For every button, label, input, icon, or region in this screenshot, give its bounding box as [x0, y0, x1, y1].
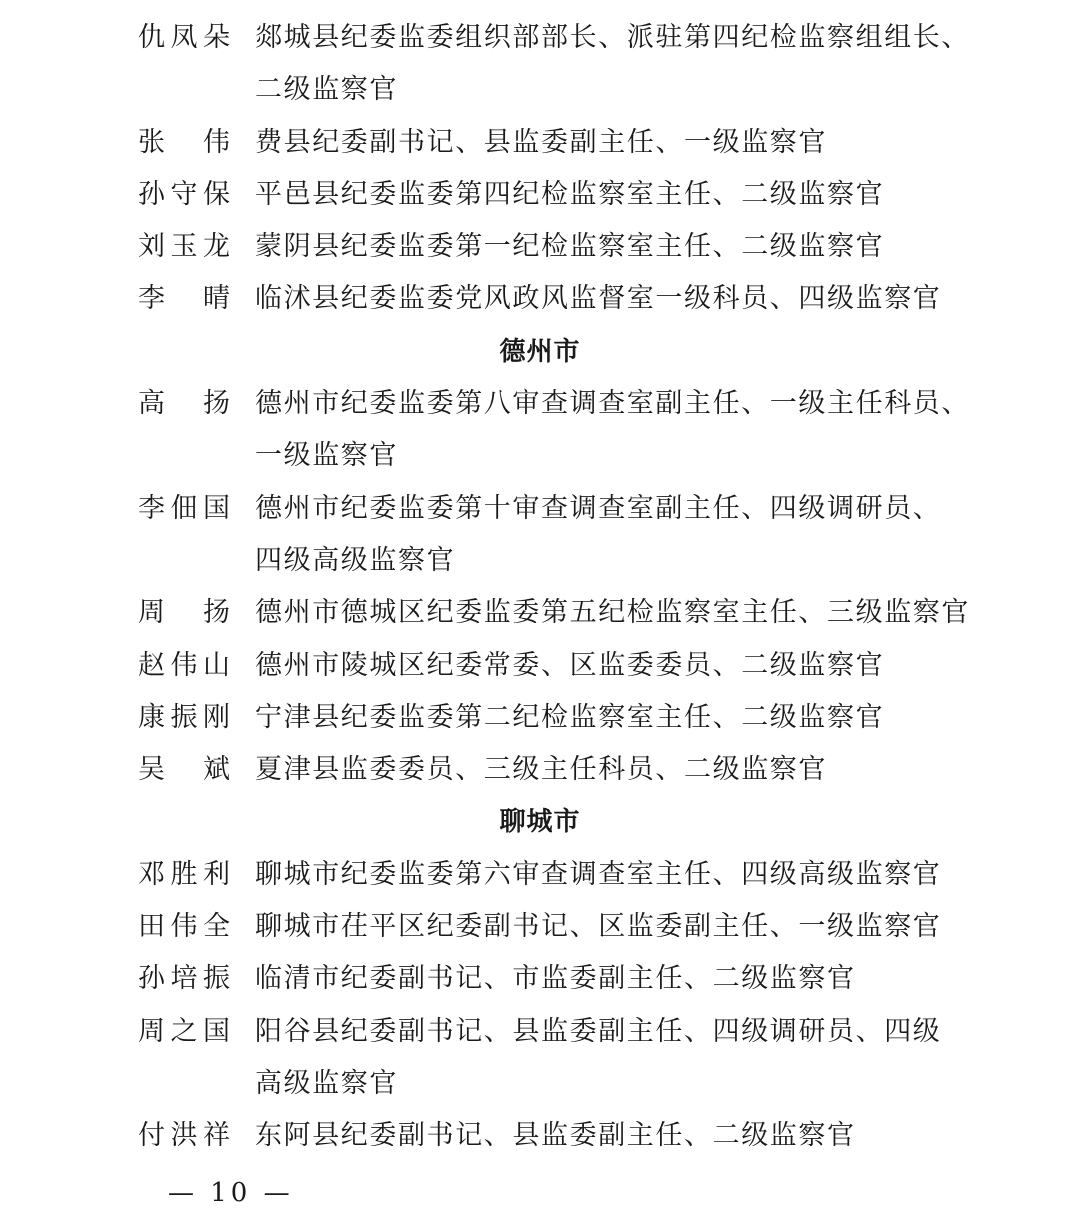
name-char: 李 [138, 273, 165, 325]
name-char: 伟 [171, 901, 198, 953]
position-text: 德州市纪委监委第十审查调查室副主任、四级调研员、 [255, 483, 941, 535]
position-text: 费县纪委副书记、县监委副主任、一级监察官 [255, 117, 827, 169]
name-char: 利 [203, 849, 230, 901]
name-char: 周 [138, 587, 165, 639]
person-name: 李晴 [138, 273, 230, 325]
name-char: 山 [203, 640, 230, 692]
name-char: 国 [203, 1006, 230, 1058]
name-char: 仇 [138, 12, 165, 64]
person-name: 田伟全 [138, 901, 230, 953]
entry-row: 孙培振 临清市纪委副书记、市监委副主任、二级监察官 [0, 953, 1080, 1005]
position-text: 四级高级监察官 [255, 535, 455, 587]
entry-row: 田伟全 聊城市茌平区纪委副书记、区监委副主任、一级监察官 [0, 901, 1080, 953]
person-name: 周之国 [138, 1006, 230, 1058]
position-text: 德州市德城区纪委监委第五纪检监察室主任、三级监察官 [255, 587, 970, 639]
name-char: 朵 [203, 12, 230, 64]
name-char: 张 [138, 117, 165, 169]
name-char: 伟 [203, 117, 230, 169]
section-title: 德州市 [499, 337, 580, 367]
person-name: 张伟 [138, 117, 230, 169]
position-text: 平邑县纪委监委第四纪检监察室主任、二级监察官 [255, 169, 884, 221]
name-char: 守 [171, 169, 198, 221]
name-char: 刘 [138, 221, 165, 273]
entry-row: 吴斌 夏津县监委委员、三级主任科员、二级监察官 [0, 744, 1080, 796]
position-text: 一级监察官 [255, 430, 398, 482]
name-char: 刚 [203, 692, 230, 744]
section-title: 聊城市 [499, 807, 580, 837]
person-name: 赵伟山 [138, 640, 230, 692]
name-char: 振 [171, 692, 198, 744]
entry-row: 康振刚 宁津县纪委监委第二纪检监察室主任、二级监察官 [0, 692, 1080, 744]
position-text: 宁津县纪委监委第二纪检监察室主任、二级监察官 [255, 692, 884, 744]
position-text: 临清市纪委副书记、市监委副主任、二级监察官 [255, 953, 856, 1005]
name-char: 邓 [138, 849, 165, 901]
section-heading: 聊城市 [0, 796, 1080, 848]
name-char: 吴 [138, 744, 165, 796]
name-char: 国 [203, 483, 230, 535]
entry-row: 邓胜利 聊城市纪委监委第六审查调查室主任、四级高级监察官 [0, 849, 1080, 901]
name-char: 龙 [203, 221, 230, 273]
name-char: 付 [138, 1110, 165, 1162]
person-name: 孙守保 [138, 169, 230, 221]
entry-row: 高扬 德州市纪委监委第八审查调查室副主任、一级主任科员、 [0, 378, 1080, 430]
person-name: 刘玉龙 [138, 221, 230, 273]
name-char: 扬 [203, 378, 230, 430]
position-text: 聊城市茌平区纪委副书记、区监委副主任、一级监察官 [255, 901, 941, 953]
entry-row-continuation: 一级监察官 [0, 430, 1080, 482]
entry-row: 赵伟山 德州市陵城区纪委常委、区监委委员、二级监察官 [0, 640, 1080, 692]
name-char: 孙 [138, 953, 165, 1005]
name-char: 赵 [138, 640, 165, 692]
position-text: 高级监察官 [255, 1058, 398, 1110]
name-char: 之 [171, 1006, 198, 1058]
name-char: 晴 [203, 273, 230, 325]
person-name: 付洪祥 [138, 1110, 230, 1162]
name-char: 胜 [171, 849, 198, 901]
name-char: 田 [138, 901, 165, 953]
person-name: 李佃国 [138, 483, 230, 535]
document-page: 仇凤朵 郯城县纪委监委组织部部长、派驻第四纪检监察组组长、 二级监察官 张伟 费… [0, 12, 1080, 1163]
position-text: 德州市纪委监委第八审查调查室副主任、一级主任科员、 [255, 378, 970, 430]
name-char: 孙 [138, 169, 165, 221]
entry-row: 周之国 阳谷县纪委副书记、县监委副主任、四级调研员、四级 [0, 1006, 1080, 1058]
entry-row: 李晴 临沭县纪委监委党风政风监督室一级科员、四级监察官 [0, 273, 1080, 325]
name-char: 伟 [171, 640, 198, 692]
name-char: 康 [138, 692, 165, 744]
entry-row: 孙守保 平邑县纪委监委第四纪检监察室主任、二级监察官 [0, 169, 1080, 221]
position-text: 德州市陵城区纪委常委、区监委委员、二级监察官 [255, 640, 884, 692]
entry-row: 付洪祥 东阿县纪委副书记、县监委副主任、二级监察官 [0, 1110, 1080, 1162]
position-text: 临沭县纪委监委党风政风监督室一级科员、四级监察官 [255, 273, 941, 325]
person-name: 周扬 [138, 587, 230, 639]
name-char: 凤 [171, 12, 198, 64]
person-name: 孙培振 [138, 953, 230, 1005]
entry-row: 周扬 德州市德城区纪委监委第五纪检监察室主任、三级监察官 [0, 587, 1080, 639]
position-text: 聊城市纪委监委第六审查调查室主任、四级高级监察官 [255, 849, 941, 901]
page-number: — 10 — [168, 1178, 294, 1208]
position-text: 蒙阴县纪委监委第一纪检监察室主任、二级监察官 [255, 221, 884, 273]
entry-row: 张伟 费县纪委副书记、县监委副主任、一级监察官 [0, 117, 1080, 169]
name-char: 洪 [171, 1110, 198, 1162]
name-char: 李 [138, 483, 165, 535]
person-name: 吴斌 [138, 744, 230, 796]
person-name: 仇凤朵 [138, 12, 230, 64]
name-char: 佃 [171, 483, 198, 535]
name-char: 全 [203, 901, 230, 953]
position-text: 阳谷县纪委副书记、县监委副主任、四级调研员、四级 [255, 1006, 941, 1058]
entry-row-continuation: 高级监察官 [0, 1058, 1080, 1110]
entry-row: 刘玉龙 蒙阴县纪委监委第一纪检监察室主任、二级监察官 [0, 221, 1080, 273]
name-char: 斌 [203, 744, 230, 796]
position-text: 东阿县纪委副书记、县监委副主任、二级监察官 [255, 1110, 856, 1162]
entry-row-continuation: 二级监察官 [0, 64, 1080, 116]
name-char: 扬 [203, 587, 230, 639]
name-char: 周 [138, 1006, 165, 1058]
name-char: 高 [138, 378, 165, 430]
name-char: 保 [203, 169, 230, 221]
name-char: 振 [203, 953, 230, 1005]
section-heading: 德州市 [0, 326, 1080, 378]
entry-row: 仇凤朵 郯城县纪委监委组织部部长、派驻第四纪检监察组组长、 [0, 12, 1080, 64]
name-char: 祥 [203, 1110, 230, 1162]
position-text: 夏津县监委委员、三级主任科员、二级监察官 [255, 744, 827, 796]
person-name: 邓胜利 [138, 849, 230, 901]
name-char: 培 [171, 953, 198, 1005]
name-char: 玉 [171, 221, 198, 273]
position-text: 二级监察官 [255, 64, 398, 116]
person-name: 康振刚 [138, 692, 230, 744]
entry-row: 李佃国 德州市纪委监委第十审查调查室副主任、四级调研员、 [0, 483, 1080, 535]
entry-row-continuation: 四级高级监察官 [0, 535, 1080, 587]
position-text: 郯城县纪委监委组织部部长、派驻第四纪检监察组组长、 [255, 12, 970, 64]
person-name: 高扬 [138, 378, 230, 430]
